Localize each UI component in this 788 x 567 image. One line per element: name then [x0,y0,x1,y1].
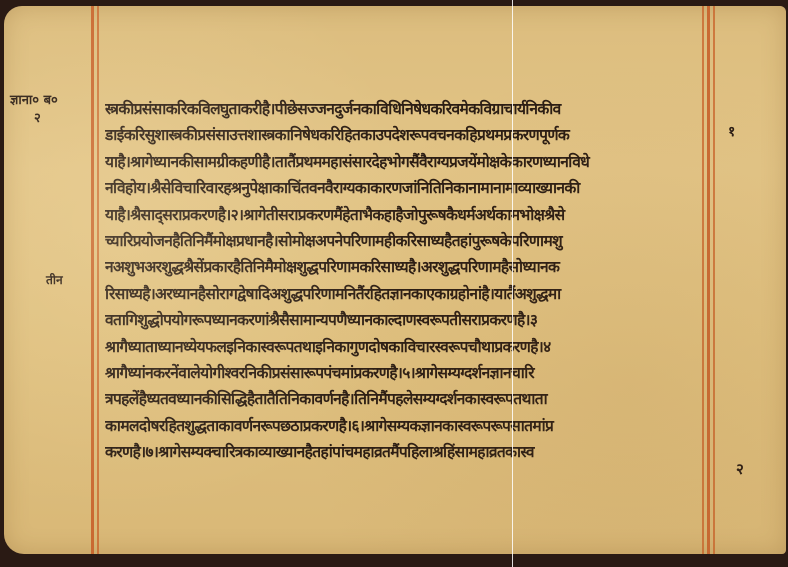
left-margin-leaf-word: तीन [46,274,63,286]
scan-seam-line [512,0,513,567]
text-line-8: रिसाध्यहै।अरध्यानहैसोरागद्वेषादिअशुद्धपर… [105,281,711,307]
manuscript-text-block: स्त्रकीप्रसंसाकरिकविलघुताकरीहै।पीछेसज्जन… [105,96,711,465]
text-line-4: नविहोय।श्रैसेविचारिवारहश्रनुपेक्षाकाचिंत… [105,175,711,201]
manuscript-scan: ज्ञाना० ब० २ तीन १ २ स्त्रकीप्रसंसाकरिकव… [0,0,788,567]
manuscript-folio: ज्ञाना० ब० २ तीन १ २ स्त्रकीप्रसंसाकरिकव… [4,6,786,554]
left-margin-rule [91,6,94,554]
text-line-5: याहै।श्रैसाद्सराप्रकरणहै।२।श्रागेतीसराप्… [105,202,711,228]
text-line-13: कामलदोषरहितशुद्धताकावर्णनरूपछठाप्रकरणहै।… [105,413,711,439]
left-margin-page-number: २ [34,112,41,125]
text-line-11: श्रागैध्यांनकरनेंवालेयोगीश्वरनिकीप्रसंसा… [105,360,711,386]
text-line-7: नअशुभअरशुद्धश्रैसेंप्रकारहैतिनिमैमोक्षशु… [105,254,711,280]
text-line-2: डाईकरिसुशास्त्रकीप्रसंसाउत्तशास्त्रकानिष… [105,122,711,148]
right-margin-rule-outer [713,6,715,554]
right-margin-top-number: १ [728,125,735,139]
left-margin-rule-inner [97,6,99,554]
text-line-12: त्रपहलेंहैध्यतवध्यानकीसिद्धिहैतातैतिनिका… [105,386,711,412]
right-margin-bottom-number: २ [736,462,744,477]
text-line-6: च्यारिप्रयोजनहैतिनिमैंमोक्षप्रधानहै।सोमो… [105,228,711,254]
text-line-1: स्त्रकीप्रसंसाकरिकविलघुताकरीहै।पीछेसज्जन… [105,96,711,122]
text-line-9: वतागिशुद्धोपयोगरूपध्यानकरणांश्रैसैसामान्… [105,307,711,333]
text-line-10: श्रागैध्याताध्यानध्येयफलइनिकास्वरूपतथाइन… [105,334,711,360]
left-margin-title: ज्ञाना० ब० [10,94,58,107]
text-line-14: करणहै।७।श्रागेसम्यक्चारित्रकाव्याख्यानहै… [105,439,711,465]
text-line-3: याहै।श्रागेध्यानकीसामग्रीकहणीहै।तातैंप्र… [105,149,711,175]
